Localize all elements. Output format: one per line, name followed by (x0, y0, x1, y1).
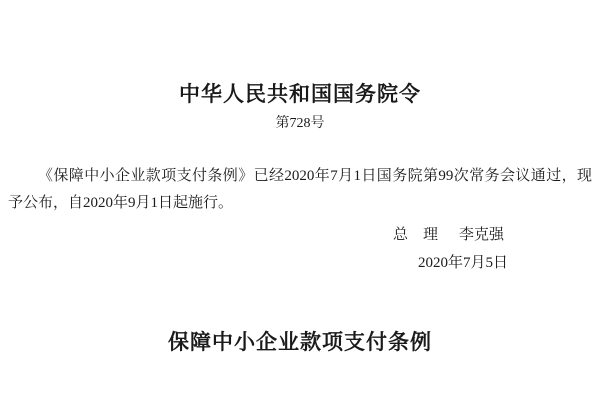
regulation-title: 保障中小企业款项支付条例 (0, 329, 600, 355)
decree-body-paragraph: 《保障中小企业款项支付条例》已经2020年7月1日国务院第99次常务会议通过，现… (8, 163, 592, 217)
document-page: 中华人民共和国国务院令 第728号 《保障中小企业款项支付条例》已经2020年7… (0, 0, 600, 400)
signature-line: 总 理李克强 (0, 222, 600, 249)
signature-premier-name: 李克强 (459, 227, 504, 243)
signature-premier-label: 总 理 (393, 227, 438, 243)
decree-number: 第728号 (0, 116, 600, 132)
signature-date: 2020年7月5日 (0, 250, 600, 277)
decree-title: 中华人民共和国国务院令 (0, 0, 600, 107)
